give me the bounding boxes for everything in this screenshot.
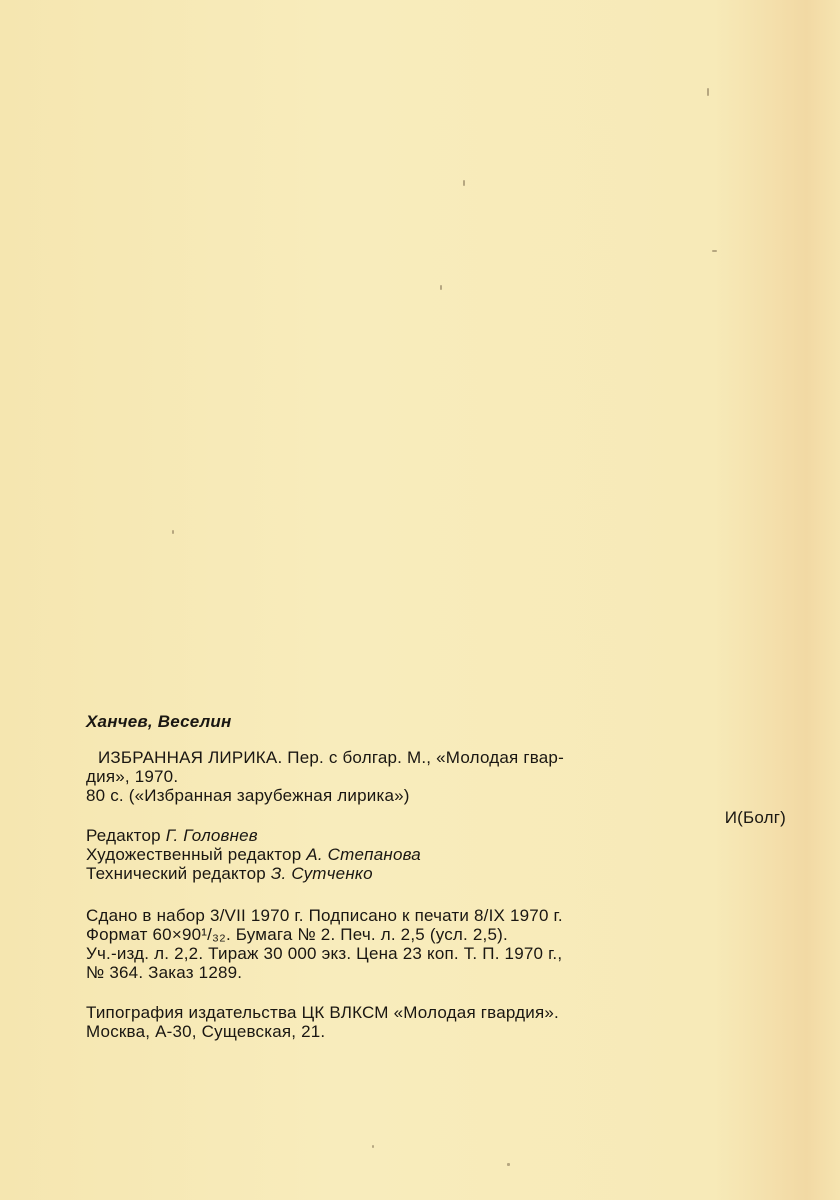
paper-speck	[707, 88, 709, 96]
imprint-line: Уч.-изд. л. 2,2. Тираж 30 000 экз. Цена …	[86, 944, 786, 963]
credits: Редактор Г. Головнев Художественный реда…	[86, 826, 786, 883]
paper-speck	[463, 180, 465, 186]
imprint-line: № 364. Заказ 1289.	[86, 963, 786, 982]
imprint-line: Сдано в набор 3/VII 1970 г. Подписано к …	[86, 906, 786, 925]
title-line-3: 80 с. («Избранная зарубежная лирика»)	[86, 786, 786, 805]
imprint-line: Формат 60×90¹/₃₂. Бумага № 2. Печ. л. 2,…	[86, 925, 786, 944]
credit-role: Технический редактор	[86, 864, 266, 883]
credit-role: Редактор	[86, 826, 161, 845]
printer-line: Москва, А-30, Сущевская, 21.	[86, 1022, 786, 1041]
paper-speck	[440, 285, 442, 290]
author-name: Ханчев, Веселин	[86, 712, 786, 731]
credit-role: Художественный редактор	[86, 845, 301, 864]
book-page: Ханчев, Веселин ИЗБРАННАЯ ЛИРИКА. Пер. с…	[0, 0, 840, 1200]
printer-line: Типография издательства ЦК ВЛКСМ «Молода…	[86, 1003, 786, 1022]
credit-name: А. Степанова	[306, 845, 421, 864]
title-line-1: ИЗБРАННАЯ ЛИРИКА. Пер. с болгар. М., «Мо…	[86, 748, 786, 767]
paper-speck	[172, 530, 174, 534]
bibliographic-entry: ИЗБРАННАЯ ЛИРИКА. Пер. с болгар. М., «Мо…	[86, 748, 786, 827]
credit-tech-editor: Технический редактор З. Сутченко	[86, 864, 786, 883]
imprint-details: Сдано в набор 3/VII 1970 г. Подписано к …	[86, 906, 786, 982]
printer-info: Типография издательства ЦК ВЛКСМ «Молода…	[86, 1003, 786, 1041]
credit-name: Г. Головнев	[166, 826, 258, 845]
credit-art-editor: Художественный редактор А. Степанова	[86, 845, 786, 864]
classification-code: И(Болг)	[86, 808, 786, 827]
paper-speck	[507, 1163, 510, 1166]
paper-speck	[372, 1145, 374, 1148]
credit-editor: Редактор Г. Головнев	[86, 826, 786, 845]
paper-speck	[712, 250, 717, 252]
credit-name: З. Сутченко	[271, 864, 373, 883]
title-line-2: дия», 1970.	[86, 767, 786, 786]
